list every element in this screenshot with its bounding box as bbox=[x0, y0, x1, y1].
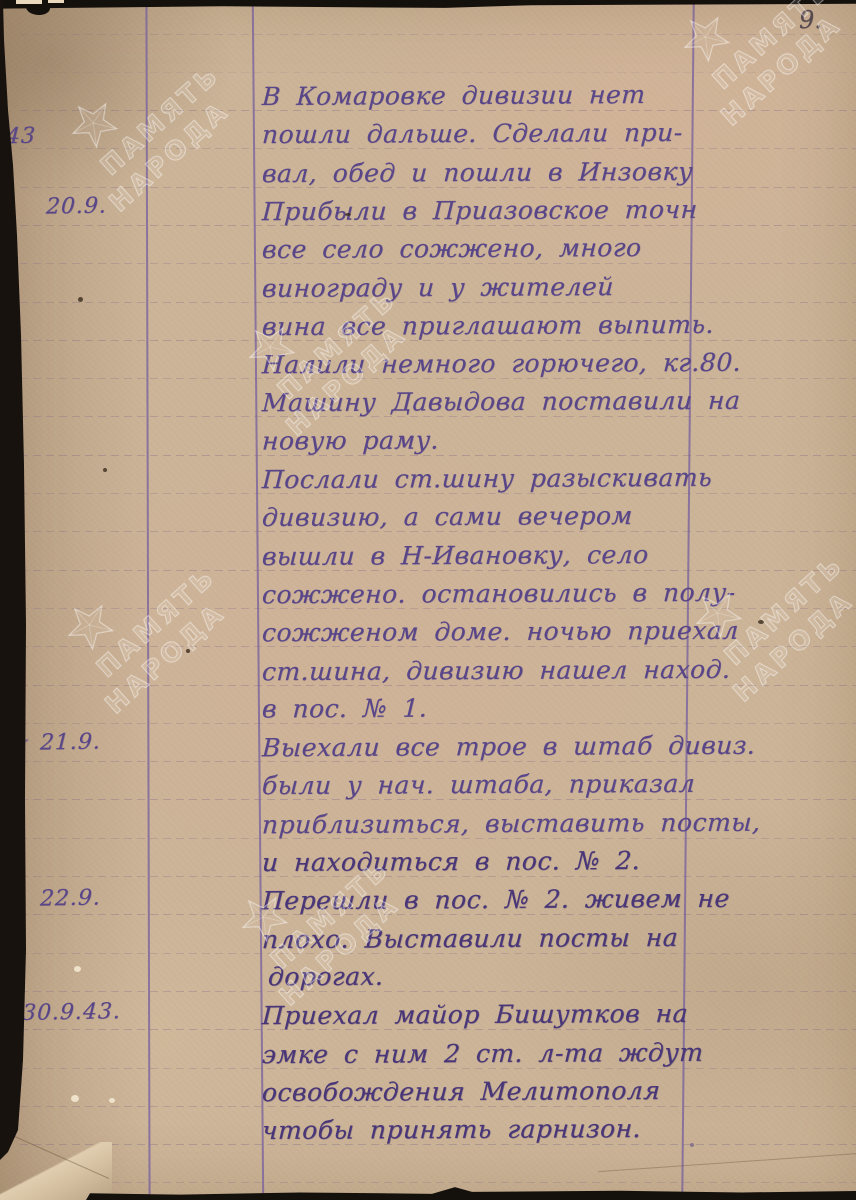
handwritten-line: пошли дальше. Сделали при- bbox=[261, 116, 683, 152]
scanned-journal-page: В Комаровке дивизии нетпошли дальше. Сде… bbox=[0, 0, 856, 1200]
handwritten-line: В Комаровке дивизии нет bbox=[261, 78, 646, 114]
handwritten-line: дивизию, а сами вечером bbox=[261, 499, 633, 535]
handwritten-line: чтобы принять гарнизон. bbox=[261, 1112, 642, 1148]
torn-paper-sliver bbox=[16, 0, 42, 4]
paper-speck bbox=[78, 297, 83, 302]
paper-speck bbox=[103, 468, 107, 472]
handwritten-line: Прибыли в Приазовское точн bbox=[261, 193, 698, 229]
handwritten-line: Приехал майор Бишутков на bbox=[261, 997, 689, 1033]
handwritten-line: эмке с ним 2 ст. л-та ждут bbox=[261, 1035, 704, 1071]
handwritten-line: сожжено. остановились в полу- bbox=[261, 576, 736, 612]
margin-date: 21.9. bbox=[39, 727, 102, 758]
margin-date: 20.9. bbox=[45, 191, 108, 222]
torn-paper-sliver bbox=[48, 0, 64, 3]
margin-date: 30.9.43. bbox=[21, 997, 122, 1029]
horizontal-rule-line bbox=[20, 991, 856, 992]
handwritten-line: ст.шина, дивизию нашел наход. bbox=[261, 652, 731, 688]
handwritten-line: были у нач. штаба, приказал bbox=[261, 767, 696, 803]
paper-speck bbox=[345, 213, 351, 216]
handwritten-line: Выехали все трое в штаб дивиз. bbox=[261, 729, 756, 766]
handwritten-line: вышли в Н-Ивановку, село bbox=[261, 538, 649, 574]
paper-hole bbox=[74, 966, 81, 972]
margin-date: 22.9. bbox=[39, 883, 102, 914]
paper-hole bbox=[71, 1095, 79, 1102]
handwritten-line: сожженом доме. ночью приехал bbox=[261, 614, 739, 651]
horizontal-rule-line bbox=[20, 723, 856, 724]
paper-hole bbox=[109, 1098, 115, 1103]
handwritten-line: в пос. № 1. bbox=[261, 691, 428, 726]
handwritten-line: вал, обед и пошли в Инзовку bbox=[261, 154, 694, 190]
handwritten-line: все село сожжено, много bbox=[261, 231, 642, 267]
handwritten-line: Послали ст.шину разыскивать bbox=[261, 461, 713, 497]
handwritten-line: освобождения Мелитополя bbox=[261, 1074, 661, 1110]
horizontal-rule-line bbox=[20, 1182, 856, 1183]
